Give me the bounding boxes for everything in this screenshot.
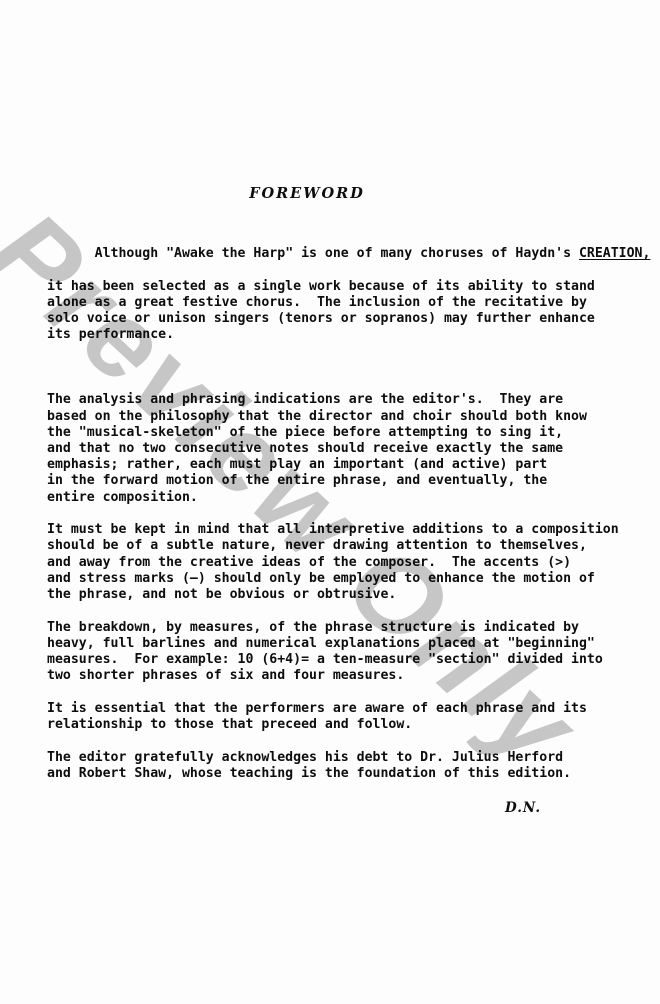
paragraph-4: The breakdown, by measures, of the phras… [47,620,647,685]
foreword-content: FOREWORD Although "Awake the Harp" is on… [47,185,647,816]
paragraph-1-line1-text: Although "Awake the Harp" is one of many… [95,246,579,261]
paragraph-1: Although "Awake the Harp" is one of many… [47,230,647,376]
editor-initials: D.N. [47,800,647,816]
paragraph-2: The analysis and phrasing indications ar… [47,392,647,505]
paragraph-1-rest: it has been selected as a single work be… [47,279,647,344]
paragraph-5: It is essential that the performers are … [47,701,647,733]
paragraph-3: It must be kept in mind that all interpr… [47,522,647,603]
foreword-title: FOREWORD [47,185,567,203]
scanned-foreword-page: Preview Only FOREWORD Although "Awake th… [0,0,660,1004]
underlined-creation-text: CREATION, [579,246,650,261]
paragraph-6: The editor gratefully acknowledges his d… [47,750,647,782]
